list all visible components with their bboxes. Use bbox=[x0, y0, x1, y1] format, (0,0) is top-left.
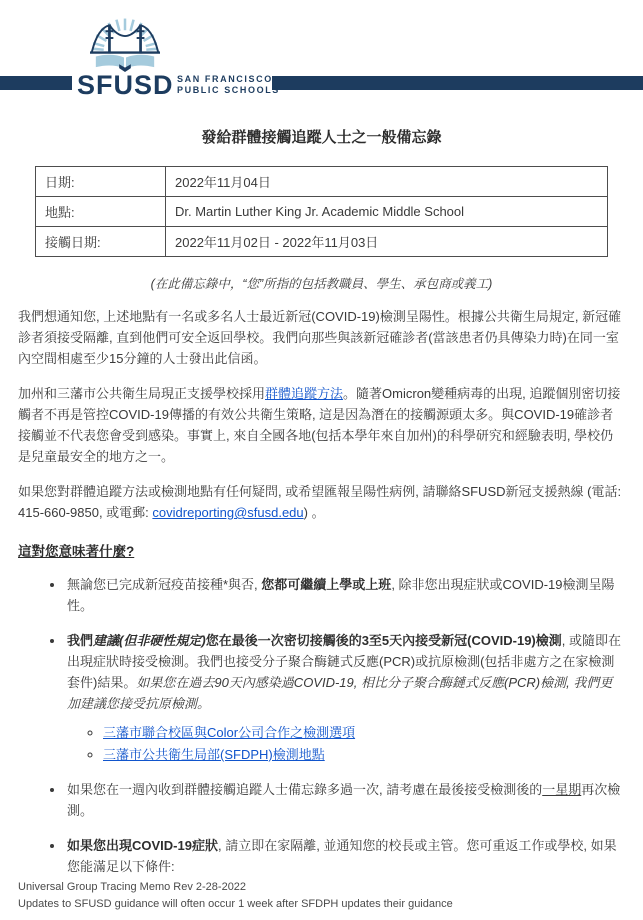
page-title: 發給群體接觸追蹤人士之一般備忘錄 bbox=[18, 126, 625, 147]
bullet-symptoms-isolate: 如果您出現COVID-19症狀, 請立即在家隔離, 並通知您的校長或主管。您可重… bbox=[65, 835, 625, 877]
footer-revision-line: Universal Group Tracing Memo Rev 2-28-20… bbox=[18, 879, 453, 896]
header-bar-left bbox=[0, 76, 72, 90]
list-item-sfdph-sites: 三藩市公共衛生局部(SFDPH)檢測地點 bbox=[103, 745, 625, 765]
table-row-exposure-dates: 接觸日期: 2022年11月02日 - 2022年11月03日 bbox=[36, 227, 608, 257]
color-testing-options-link[interactable]: 三藩市聯合校區與Color公司合作之檢測選項 bbox=[103, 725, 355, 740]
bullet-retest-week: 如果您在一週內收到群體接觸追蹤人士備忘錄多過一次, 請考慮在最後接受檢測後的一星… bbox=[65, 779, 625, 821]
logo-acronym: SFUSD bbox=[77, 70, 174, 101]
logo-name: SAN FRANCISCO PUBLIC SCHOOLS bbox=[177, 74, 280, 96]
paragraph-group-tracing-pre: 加州和三藩市公共衛生局現正支援學校採用 bbox=[18, 386, 265, 401]
sun-rays-icon bbox=[92, 19, 158, 50]
date-label: 日期: bbox=[36, 167, 166, 197]
table-row-location: 地點: Dr. Martin Luther King Jr. Academic … bbox=[36, 197, 608, 227]
bullet-list: 無論您已完成新冠疫苗接種*與否, 您都可繼續上學或上班, 除非您出現症狀或COV… bbox=[18, 574, 625, 877]
paragraph-notification: 我們想通知您, 上述地點有一名或多名人士最近新冠(COVID-19)檢測呈陽性。… bbox=[18, 306, 625, 369]
exposure-dates-label: 接觸日期: bbox=[36, 227, 166, 257]
scope-note: (在此備忘錄中，“您”所指的包括教職員、學生、承包商或義工) bbox=[18, 274, 625, 292]
footer-updates-note: Updates to SFUSD guidance will often occ… bbox=[18, 896, 453, 913]
covid-reporting-email-link[interactable]: covidreporting@sfusd.edu bbox=[152, 505, 303, 520]
footer: Universal Group Tracing Memo Rev 2-28-20… bbox=[18, 879, 453, 913]
list-item-color-testing: 三藩市聯合校區與Color公司合作之檢測選項 bbox=[103, 723, 625, 743]
testing-links-list: 三藩市聯合校區與Color公司合作之檢測選項 三藩市公共衛生局部(SFDPH)檢… bbox=[67, 723, 625, 765]
header-bar-right bbox=[272, 76, 643, 90]
section-heading: 這對您意味著什麼? bbox=[18, 540, 625, 560]
header: SFUSD SAN FRANCISCO PUBLIC SCHOOLS bbox=[0, 0, 643, 112]
sfdph-testing-sites-link[interactable]: 三藩市公共衛生局部(SFDPH)檢測地點 bbox=[103, 747, 325, 762]
sfusd-bridge-book-logo-icon bbox=[83, 3, 167, 73]
logo-name-line1: SAN FRANCISCO bbox=[177, 74, 280, 85]
table-row-date: 日期: 2022年11月04日 bbox=[36, 167, 608, 197]
date-value: 2022年11月04日 bbox=[166, 167, 608, 197]
info-table: 日期: 2022年11月04日 地點: Dr. Martin Luther Ki… bbox=[35, 166, 608, 257]
paragraph-group-tracing: 加州和三藩市公共衛生局現正支援學校採用群體追蹤方法。隨著Omicron變種病毒的… bbox=[18, 383, 625, 467]
bullet-testing-recommendation: 我們建議(但非硬性規定)您在最後一次密切接觸後的3至5天內接受新冠(COVID-… bbox=[65, 630, 625, 765]
group-tracing-method-link[interactable]: 群體追蹤方法 bbox=[265, 386, 343, 401]
exposure-dates-value: 2022年11月02日 - 2022年11月03日 bbox=[166, 227, 608, 257]
location-label: 地點: bbox=[36, 197, 166, 227]
logo-name-line2: PUBLIC SCHOOLS bbox=[177, 85, 280, 96]
paragraph-contact-post: ) 。 bbox=[304, 505, 325, 520]
paragraph-contact-info: 如果您對群體追蹤方法或檢測地點有任何疑問, 或希望匯報呈陽性病例, 請聯絡SFU… bbox=[18, 481, 625, 523]
location-value: Dr. Martin Luther King Jr. Academic Midd… bbox=[166, 197, 608, 227]
memo-document: SFUSD SAN FRANCISCO PUBLIC SCHOOLS 發給群體接… bbox=[0, 0, 643, 920]
bullet-continue-school: 無論您已完成新冠疫苗接種*與否, 您都可繼續上學或上班, 除非您出現症狀或COV… bbox=[65, 574, 625, 616]
